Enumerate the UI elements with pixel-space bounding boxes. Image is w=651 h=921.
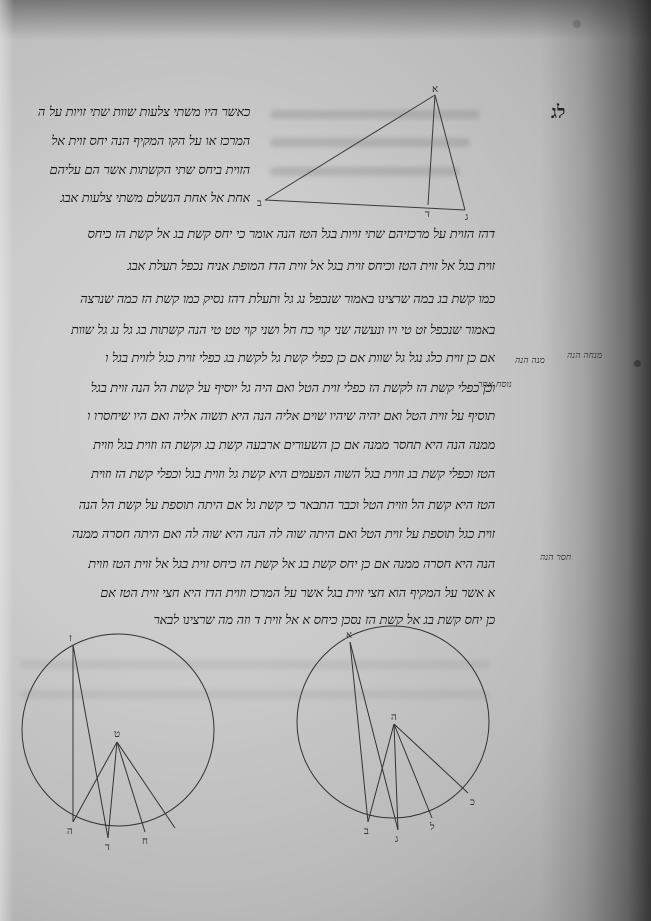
vertex-label: ד xyxy=(425,209,430,220)
vertex-label: ה xyxy=(67,826,73,837)
vertex-label: א xyxy=(346,630,352,641)
diagram-line xyxy=(435,95,465,210)
diagram-line xyxy=(117,742,175,828)
diagram-line xyxy=(265,200,465,210)
diagram-line xyxy=(394,724,432,818)
vertex-label: ב xyxy=(257,198,262,209)
vertex-label: ג xyxy=(465,212,468,223)
vertex-label: ב xyxy=(364,826,369,837)
triangle-figure: אבדג xyxy=(257,84,468,223)
right-circle-figure: אהבגלכ xyxy=(297,626,489,845)
diagram-line xyxy=(265,95,435,200)
diagram-line xyxy=(394,724,468,793)
vertex-label: ז xyxy=(69,633,72,644)
vertex-label: כ xyxy=(470,797,475,808)
diagram-line xyxy=(117,742,145,832)
vertex-label: ח xyxy=(142,836,148,847)
diagram-line xyxy=(394,724,398,830)
vertex-label: ה xyxy=(391,712,397,723)
left-circle-figure: זהטדח xyxy=(22,633,214,853)
manuscript-page: לג כאשר היו משתי צלעות שוות שתי זויות על… xyxy=(0,0,651,921)
vertex-label: ג xyxy=(395,834,398,845)
diagram-line xyxy=(73,645,108,838)
vertex-label: ט xyxy=(114,729,120,740)
diagram-line xyxy=(428,95,435,205)
vertex-label: א xyxy=(432,84,438,95)
vertex-label: ד xyxy=(105,842,110,853)
diagram-line xyxy=(368,724,394,822)
vertex-label: ל xyxy=(429,821,435,833)
gutter-shadow xyxy=(541,0,651,921)
diagram-line xyxy=(350,642,368,822)
